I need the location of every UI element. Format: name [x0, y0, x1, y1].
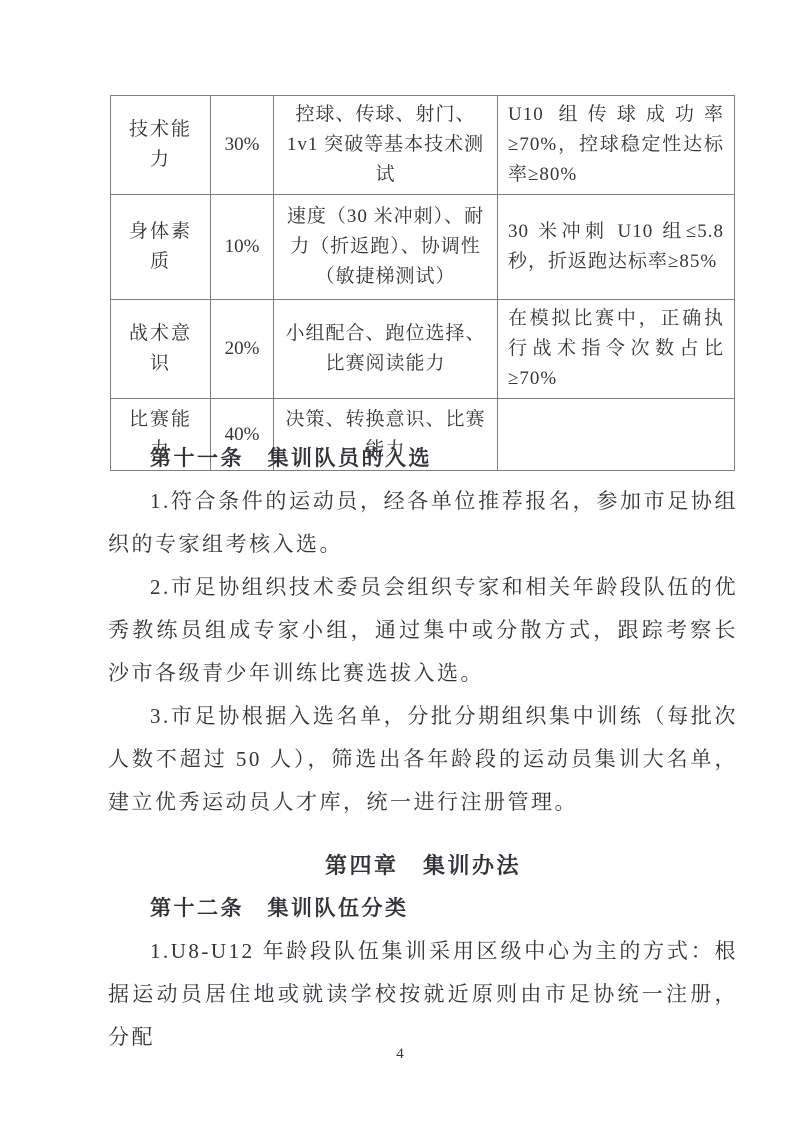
table-row: 身体素质 10% 速度（30 米冲刺）、耐力（折返跑）、协调性（敏捷梯测试） 3… [111, 195, 735, 300]
cell-weight: 30% [211, 96, 274, 195]
cell-standard: U10 组传球成功率≥70%，控球稳定性达标率≥80% [498, 96, 735, 195]
cell-content: 小组配合、跑位选择、比赛阅读能力 [274, 300, 498, 399]
cell-weight: 10% [211, 195, 274, 300]
paragraph-2: 2.市足协组织技术委员会组织专家和相关年龄段队伍的优秀教练员组成专家小组，通过集… [108, 566, 738, 695]
chapter-4-heading: 第四章 集训办法 [108, 844, 738, 887]
document-body: 第十一条 集训队员的入选 1.符合条件的运动员，经各单位推荐报名，参加市足协组织… [108, 437, 738, 1059]
table-row: 技术能力 30% 控球、传球、射门、1v1 突破等基本技术测试 U10 组传球成… [111, 96, 735, 195]
page-number: 4 [0, 1046, 800, 1063]
cell-content: 控球、传球、射门、1v1 突破等基本技术测试 [274, 96, 498, 195]
cell-dimension: 战术意识 [111, 300, 211, 399]
paragraph-1: 1.符合条件的运动员，经各单位推荐报名，参加市足协组织的专家组考核入选。 [108, 480, 738, 566]
cell-standard: 30 米冲刺 U10 组≤5.8 秒，折返跑达标率≥85% [498, 195, 735, 300]
paragraph-4: 1.U8-U12 年龄段队伍集训采用区级中心为主的方式：根据运动员居住地或就读学… [108, 930, 738, 1059]
cell-dimension: 技术能力 [111, 96, 211, 195]
document-page: 技术能力 30% 控球、传球、射门、1v1 突破等基本技术测试 U10 组传球成… [0, 0, 800, 1131]
table-row: 战术意识 20% 小组配合、跑位选择、比赛阅读能力 在模拟比赛中，正确执行战术指… [111, 300, 735, 399]
cell-content: 速度（30 米冲刺）、耐力（折返跑）、协调性（敏捷梯测试） [274, 195, 498, 300]
paragraph-3: 3.市足协根据入选名单，分批分期组织集中训练（每批次人数不超过 50 人），筛选… [108, 695, 738, 824]
evaluation-criteria-table: 技术能力 30% 控球、传球、射门、1v1 突破等基本技术测试 U10 组传球成… [110, 95, 735, 471]
article-11-heading: 第十一条 集训队员的入选 [108, 437, 738, 480]
article-12-heading: 第十二条 集训队伍分类 [108, 887, 738, 930]
cell-weight: 20% [211, 300, 274, 399]
cell-dimension: 身体素质 [111, 195, 211, 300]
cell-standard: 在模拟比赛中，正确执行战术指令次数占比≥70% [498, 300, 735, 399]
